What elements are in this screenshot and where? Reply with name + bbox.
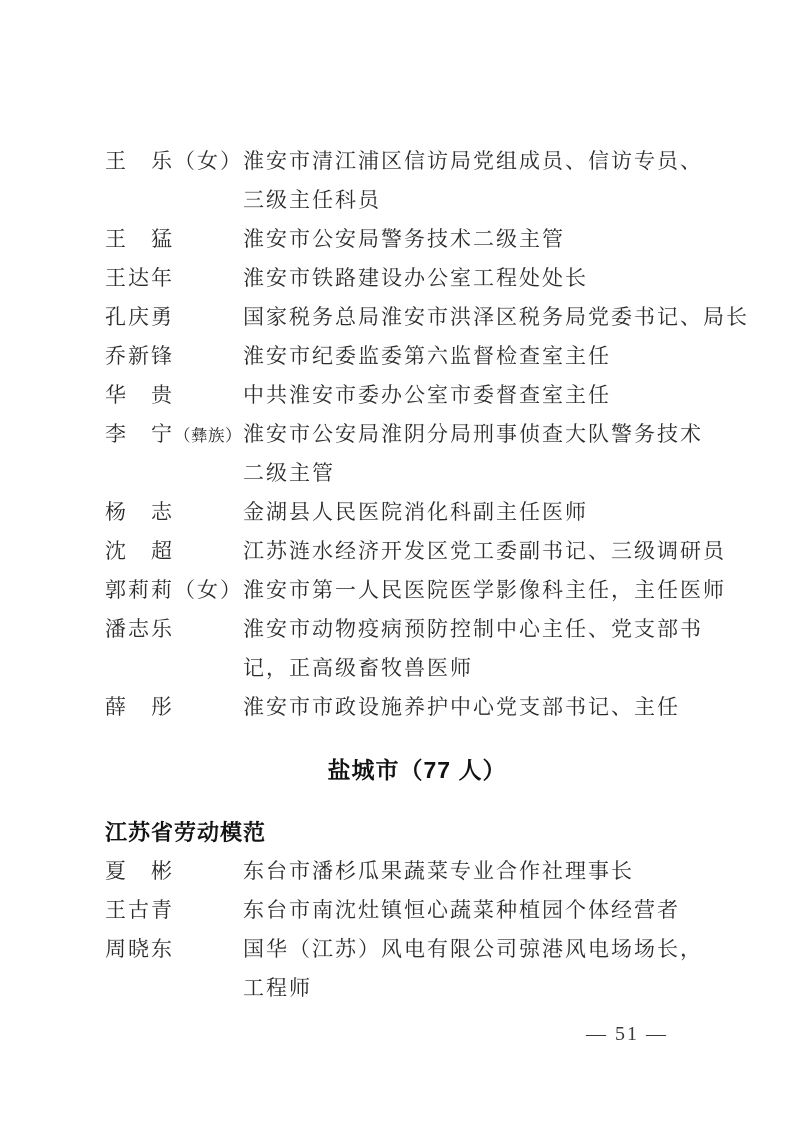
entry-name: 华 贵 — [105, 376, 243, 415]
entry-name-text: 孔庆勇 — [105, 305, 174, 329]
city-section-heading: 盐城市（77 人） — [105, 751, 757, 790]
entry-name-suffix: （女） — [174, 578, 243, 602]
entry-name-text: 李 宁 — [105, 422, 174, 446]
entry-title-line: 国华（江苏）风电有限公司弶港风电场场长， — [243, 930, 757, 969]
page-number: — 51 — — [586, 1019, 668, 1049]
entry-title: 淮安市公安局警务技术二级主管 — [243, 220, 757, 259]
entry-name-text: 潘志乐 — [105, 617, 174, 641]
entry-title: 淮安市第一人民医院医学影像科主任，主任医师 — [243, 571, 757, 610]
entry-row: 李 宁（彝族） 淮安市公安局淮阴分局刑事侦查大队警务技术 二级主管 — [105, 415, 757, 493]
entry-name: 周晓东 — [105, 930, 243, 1008]
entry-title-line: 淮安市铁路建设办公室工程处处长 — [243, 259, 757, 298]
entry-title-line: 国家税务总局淮安市洪泽区税务局党委书记、局长 — [243, 298, 757, 337]
entry-title-line: 记，正高级畜牧兽医师 — [243, 649, 757, 688]
name-list: 王 乐（女） 淮安市清江浦区信访局党组成员、信访专员、 三级主任科员 王 猛 淮… — [105, 142, 757, 1008]
entry-row: 薛 彤 淮安市市政设施养护中心党支部书记、主任 — [105, 688, 757, 727]
entry-title-line: 工程师 — [243, 969, 757, 1008]
entry-row: 王达年 淮安市铁路建设办公室工程处处长 — [105, 259, 757, 298]
entry-row: 王 猛 淮安市公安局警务技术二级主管 — [105, 220, 757, 259]
entry-title-line: 淮安市动物疫病预防控制中心主任、党支部书 — [243, 610, 757, 649]
award-category-heading: 江苏省劳动模范 — [105, 813, 757, 852]
entry-name: 潘志乐 — [105, 610, 243, 688]
entry-name: 夏 彬 — [105, 852, 243, 891]
entry-title-line: 淮安市清江浦区信访局党组成员、信访专员、 — [243, 142, 757, 181]
entry-row: 华 贵 中共淮安市委办公室市委督查室主任 — [105, 376, 757, 415]
entry-title: 江苏涟水经济开发区党工委副书记、三级调研员 — [243, 532, 757, 571]
entry-title-line: 中共淮安市委办公室市委督查室主任 — [243, 376, 757, 415]
entry-name-text: 王 乐 — [105, 149, 174, 173]
entry-name-text: 乔新锋 — [105, 344, 174, 368]
entry-name-text: 沈 超 — [105, 539, 174, 563]
entry-title: 金湖县人民医院消化科副主任医师 — [243, 493, 757, 532]
entry-name-text: 王 猛 — [105, 227, 174, 251]
entry-name: 郭莉莉（女） — [105, 571, 243, 610]
entry-name-suffix: （彝族） — [174, 426, 242, 445]
entry-title-line: 金湖县人民医院消化科副主任医师 — [243, 493, 757, 532]
entry-title-line: 淮安市市政设施养护中心党支部书记、主任 — [243, 688, 757, 727]
entry-title-line: 江苏涟水经济开发区党工委副书记、三级调研员 — [243, 532, 757, 571]
entry-row: 乔新锋 淮安市纪委监委第六监督检查室主任 — [105, 337, 757, 376]
entry-row: 王 乐（女） 淮安市清江浦区信访局党组成员、信访专员、 三级主任科员 — [105, 142, 757, 220]
entry-title: 东台市潘杉瓜果蔬菜专业合作社理事长 — [243, 852, 757, 891]
entry-title-line: 淮安市纪委监委第六监督检查室主任 — [243, 337, 757, 376]
entry-title-line: 淮安市公安局警务技术二级主管 — [243, 220, 757, 259]
entry-row: 周晓东 国华（江苏）风电有限公司弶港风电场场长， 工程师 — [105, 930, 757, 1008]
entry-title: 中共淮安市委办公室市委督查室主任 — [243, 376, 757, 415]
entry-title-line: 东台市潘杉瓜果蔬菜专业合作社理事长 — [243, 852, 757, 891]
entry-row: 孔庆勇 国家税务总局淮安市洪泽区税务局党委书记、局长 — [105, 298, 757, 337]
entry-name: 王 猛 — [105, 220, 243, 259]
entry-row: 王古青 东台市南沈灶镇恒心蔬菜种植园个体经营者 — [105, 891, 757, 930]
entry-name-text: 周晓东 — [105, 937, 174, 961]
entry-title: 国华（江苏）风电有限公司弶港风电场场长， 工程师 — [243, 930, 757, 1008]
entry-title-line: 二级主管 — [243, 454, 757, 493]
entry-name-text: 华 贵 — [105, 383, 174, 407]
entry-name-text: 杨 志 — [105, 500, 174, 524]
entry-name: 孔庆勇 — [105, 298, 243, 337]
entry-name: 王 乐（女） — [105, 142, 243, 220]
entry-name-text: 薛 彤 — [105, 695, 174, 719]
entry-row: 潘志乐 淮安市动物疫病预防控制中心主任、党支部书 记，正高级畜牧兽医师 — [105, 610, 757, 688]
entry-title: 淮安市公安局淮阴分局刑事侦查大队警务技术 二级主管 — [243, 415, 757, 493]
entry-name: 杨 志 — [105, 493, 243, 532]
entry-name-text: 王达年 — [105, 266, 174, 290]
entry-name-text: 夏 彬 — [105, 859, 174, 883]
entry-title: 淮安市清江浦区信访局党组成员、信访专员、 三级主任科员 — [243, 142, 757, 220]
entry-name: 沈 超 — [105, 532, 243, 571]
entry-name: 乔新锋 — [105, 337, 243, 376]
entry-title: 淮安市动物疫病预防控制中心主任、党支部书 记，正高级畜牧兽医师 — [243, 610, 757, 688]
entry-title: 国家税务总局淮安市洪泽区税务局党委书记、局长 — [243, 298, 757, 337]
document-page: 王 乐（女） 淮安市清江浦区信访局党组成员、信访专员、 三级主任科员 王 猛 淮… — [0, 0, 800, 1131]
entry-name-text: 郭莉莉 — [105, 578, 174, 602]
entry-title: 东台市南沈灶镇恒心蔬菜种植园个体经营者 — [243, 891, 757, 930]
entry-title-line: 东台市南沈灶镇恒心蔬菜种植园个体经营者 — [243, 891, 757, 930]
entry-row: 杨 志 金湖县人民医院消化科副主任医师 — [105, 493, 757, 532]
entry-name-text: 王古青 — [105, 898, 174, 922]
entry-name: 王达年 — [105, 259, 243, 298]
entry-title-line: 淮安市公安局淮阴分局刑事侦查大队警务技术 — [243, 415, 757, 454]
entry-title-line: 三级主任科员 — [243, 181, 757, 220]
entry-name: 薛 彤 — [105, 688, 243, 727]
entry-row: 沈 超 江苏涟水经济开发区党工委副书记、三级调研员 — [105, 532, 757, 571]
entry-title: 淮安市纪委监委第六监督检查室主任 — [243, 337, 757, 376]
entry-title-line: 淮安市第一人民医院医学影像科主任，主任医师 — [243, 571, 757, 610]
entry-row: 夏 彬 东台市潘杉瓜果蔬菜专业合作社理事长 — [105, 852, 757, 891]
entry-name: 李 宁（彝族） — [105, 415, 243, 493]
entry-title: 淮安市铁路建设办公室工程处处长 — [243, 259, 757, 298]
entry-title: 淮安市市政设施养护中心党支部书记、主任 — [243, 688, 757, 727]
entry-name: 王古青 — [105, 891, 243, 930]
entry-name-suffix: （女） — [174, 149, 243, 173]
entry-row: 郭莉莉（女） 淮安市第一人民医院医学影像科主任，主任医师 — [105, 571, 757, 610]
